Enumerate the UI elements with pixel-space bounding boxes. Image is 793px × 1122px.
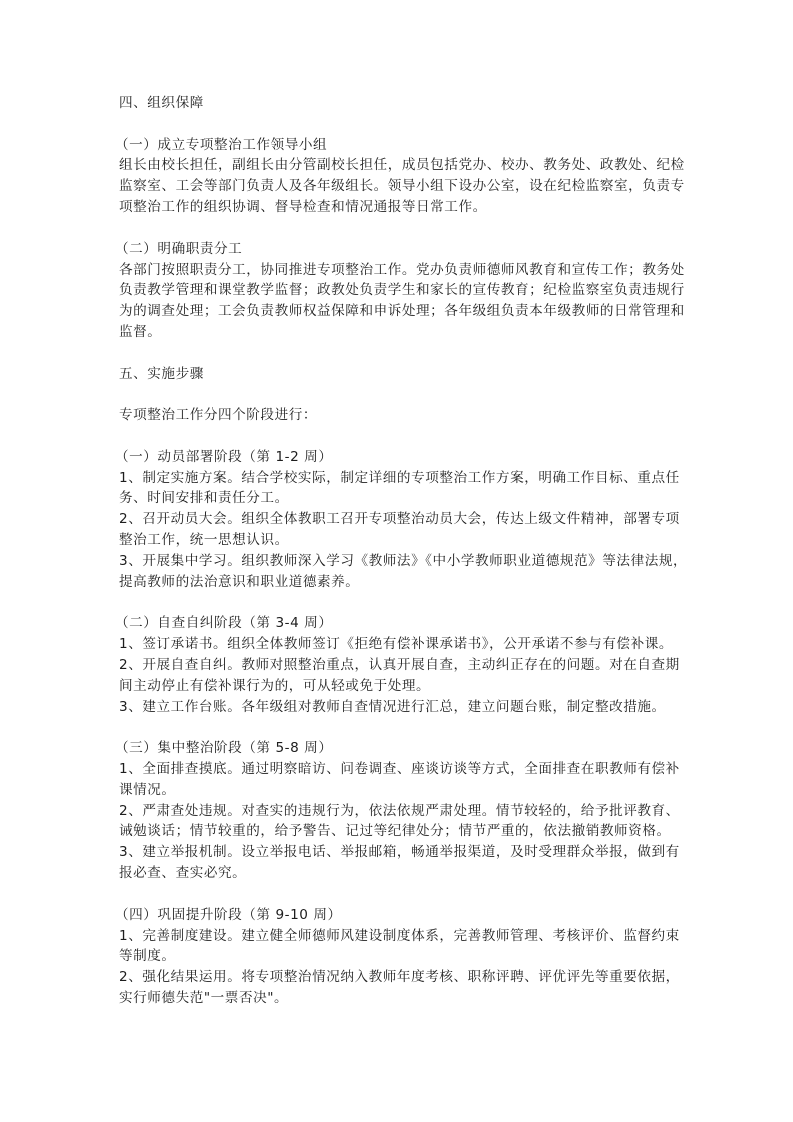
section-heading-implementation: 五、实施步骤	[119, 364, 679, 385]
phase-heading-consolidation: （四）巩固提升阶段（第 9-10 周）	[115, 905, 679, 926]
blank-line	[119, 593, 679, 614]
paragraph-line: 整治工作，统一思想认识。	[119, 530, 679, 551]
paragraph-line: 课情况。	[119, 780, 679, 801]
blank-line	[119, 717, 679, 738]
blank-line	[119, 884, 679, 905]
paragraph-line: 2、召开动员大会。组织全体教职工召开专项整治动员大会，传达上级文件精神，部署专项	[119, 509, 679, 530]
paragraph-line: 报必查、查实必究。	[119, 863, 679, 884]
paragraph-line: 组长由校长担任，副组长由分管副校长担任，成员包括党办、校办、教务处、政教处、纪检	[119, 155, 679, 176]
blank-line	[119, 426, 679, 447]
paragraph-line: 3、建立工作台账。各年级组对教师自查情况进行汇总，建立问题台账，制定整改措施。	[119, 697, 679, 718]
paragraph-line: 提高教师的法治意识和职业道德素养。	[119, 572, 679, 593]
section-intro: 专项整治工作分四个阶段进行：	[119, 405, 679, 426]
blank-line	[119, 114, 679, 135]
paragraph-line: 2、开展自查自纠。教师对照整治重点，认真开展自查，主动纠正存在的问题。对在自查期	[119, 655, 679, 676]
phase-heading-mobilization: （一）动员部署阶段（第 1-2 周）	[115, 447, 679, 468]
paragraph-line: 3、开展集中学习。组织教师深入学习《教师法》《中小学教师职业道德规范》等法律法规…	[119, 551, 679, 572]
section-heading-organization: 四、组织保障	[119, 93, 679, 114]
paragraph-line: 各部门按照职责分工，协同推进专项整治工作。党办负责师德师风教育和宣传工作；教务处	[119, 260, 679, 281]
paragraph-line: 间主动停止有偿补课行为的，可从轻或免于处理。	[119, 676, 679, 697]
paragraph-line: 等制度。	[119, 946, 679, 967]
subsection-heading-responsibilities: （二）明确职责分工	[115, 239, 679, 260]
phase-heading-rectification: （三）集中整治阶段（第 5-8 周）	[115, 738, 679, 759]
paragraph-line: 2、严肃查处违规。对查实的违规行为，依法依规严肃处理。情节较轻的，给予批评教育、	[119, 801, 679, 822]
paragraph-line: 诫勉谈话；情节较重的，给予警告、记过等纪律处分；情节严重的，依法撤销教师资格。	[119, 821, 679, 842]
paragraph-line: 1、全面排查摸底。通过明察暗访、问卷调查、座谈访谈等方式，全面排查在职教师有偿补	[119, 759, 679, 780]
paragraph-line: 实行师德失范"一票否决"。	[119, 988, 679, 1009]
subsection-heading-leadership-group: （一）成立专项整治工作领导小组	[115, 135, 679, 156]
paragraph-line: 1、制定实施方案。结合学校实际，制定详细的专项整治工作方案，明确工作目标、重点任	[119, 468, 679, 489]
paragraph-line: 1、签订承诺书。组织全体教师签订《拒绝有偿补课承诺书》，公开承诺不参与有偿补课。	[119, 634, 679, 655]
phase-heading-self-inspection: （二）自查自纠阶段（第 3-4 周）	[115, 613, 679, 634]
paragraph-line: 为的调查处理；工会负责教师权益保障和申诉处理；各年级组负责本年级教师的日常管理和	[119, 301, 679, 322]
paragraph-line: 监督。	[119, 322, 679, 343]
paragraph-line: 项整治工作的组织协调、督导检查和情况通报等日常工作。	[119, 197, 679, 218]
paragraph-line: 1、完善制度建设。建立健全师德师风建设制度体系，完善教师管理、考核评价、监督约束	[119, 926, 679, 947]
blank-line	[119, 384, 679, 405]
paragraph-line: 3、建立举报机制。设立举报电话、举报邮箱，畅通举报渠道，及时受理群众举报，做到有	[119, 842, 679, 863]
document-page: 四、组织保障 （一）成立专项整治工作领导小组 组长由校长担任，副组长由分管副校长…	[119, 93, 679, 1009]
paragraph-line: 监察室、工会等部门负责人及各年级组长。领导小组下设办公室，设在纪检监察室，负责专	[119, 176, 679, 197]
paragraph-line: 负责教学管理和课堂教学监督；政教处负责学生和家长的宣传教育；纪检监察室负责违规行	[119, 280, 679, 301]
paragraph-line: 2、强化结果运用。将专项整治情况纳入教师年度考核、职称评聘、评优评先等重要依据，	[119, 967, 679, 988]
blank-line	[119, 343, 679, 364]
paragraph-line: 务、时间安排和责任分工。	[119, 488, 679, 509]
blank-line	[119, 218, 679, 239]
